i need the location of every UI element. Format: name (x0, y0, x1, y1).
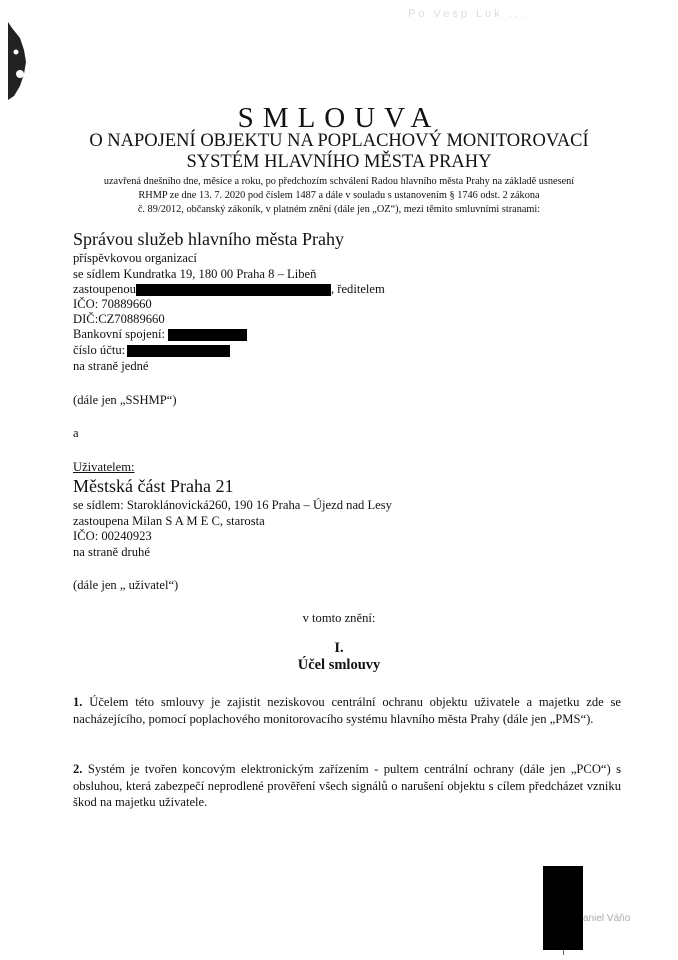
party1-side: na straně jedné (73, 359, 149, 374)
party2-represented: zastoupena Milan S A M E C, starosta (73, 514, 265, 529)
party1-type: příspěvkovou organizací (73, 251, 197, 266)
document-subtitle-line2: SYSTÉM HLAVNÍHO MĚSTA PRAHY (0, 152, 678, 173)
signature-fragment: aniel Váňo (583, 913, 630, 924)
represented-prefix: zastoupenou (73, 282, 136, 296)
conjunction: a (73, 426, 79, 441)
paragraph-text: Účelem této smlouvy je zajistit neziskov… (73, 695, 621, 726)
intro-line: č. 89/2012, občanský zákoník, v platném … (0, 203, 678, 217)
intro-paragraph: uzavřená dnešního dne, měsíce a roku, po… (0, 175, 678, 217)
wording-line: v tomto znění: (0, 611, 678, 626)
party1-ico: IČO: 70889660 (73, 297, 152, 312)
redacted-bank (168, 329, 247, 341)
section-number: I. (0, 640, 678, 657)
party1-alias: (dále jen „SSHMP“) (73, 393, 177, 408)
redacted-name (136, 284, 331, 296)
represented-suffix: , ředitelem (331, 282, 385, 296)
account-label: číslo účtu: (73, 343, 125, 357)
party1-represented: zastoupenou, ředitelem (73, 282, 385, 297)
intro-line: uzavřená dnešního dne, měsíce a roku, po… (0, 175, 678, 189)
redacted-account (127, 345, 230, 357)
bank-label: Bankovní spojení: (73, 327, 165, 341)
party1-dic: DIČ:CZ70889660 (73, 312, 165, 327)
party2-ico: IČO: 00240923 (73, 529, 152, 544)
document-subtitle-line1: O NAPOJENÍ OBJEKTU NA POPLACHOVÝ MONITOR… (0, 131, 678, 152)
party2-alias: (dále jen „ uživatel“) (73, 578, 178, 593)
redacted-signature (543, 866, 583, 950)
party1-account: číslo účtu: (73, 343, 230, 358)
paragraph-2: 2. Systém je tvořen koncovým elektronick… (73, 761, 621, 811)
party1-bank: Bankovní spojení: (73, 327, 247, 342)
party2-address: se sídlem: Staroklánovická260, 190 16 Pr… (73, 498, 392, 513)
party1-name: Správou služeb hlavního města Prahy (73, 229, 344, 250)
party1-address: se sídlem Kundratka 19, 180 00 Praha 8 –… (73, 267, 316, 282)
intro-line: RHMP ze dne 13. 7. 2020 pod číslem 1487 … (0, 189, 678, 203)
handwritten-note: Po Vesp Luk ... (408, 8, 527, 20)
section-title: Účel smlouvy (0, 657, 678, 674)
paragraph-1: 1. Účelem této smlouvy je zajistit nezis… (73, 694, 621, 727)
party2-name: Městská část Praha 21 (73, 476, 233, 497)
seal-stamp-icon (6, 22, 28, 100)
party2-side: na straně druhé (73, 545, 150, 560)
paragraph-text: Systém je tvořen koncovým elektronickým … (73, 762, 621, 809)
party2-label: Uživatelem: (73, 460, 135, 475)
page-mark (563, 950, 564, 955)
